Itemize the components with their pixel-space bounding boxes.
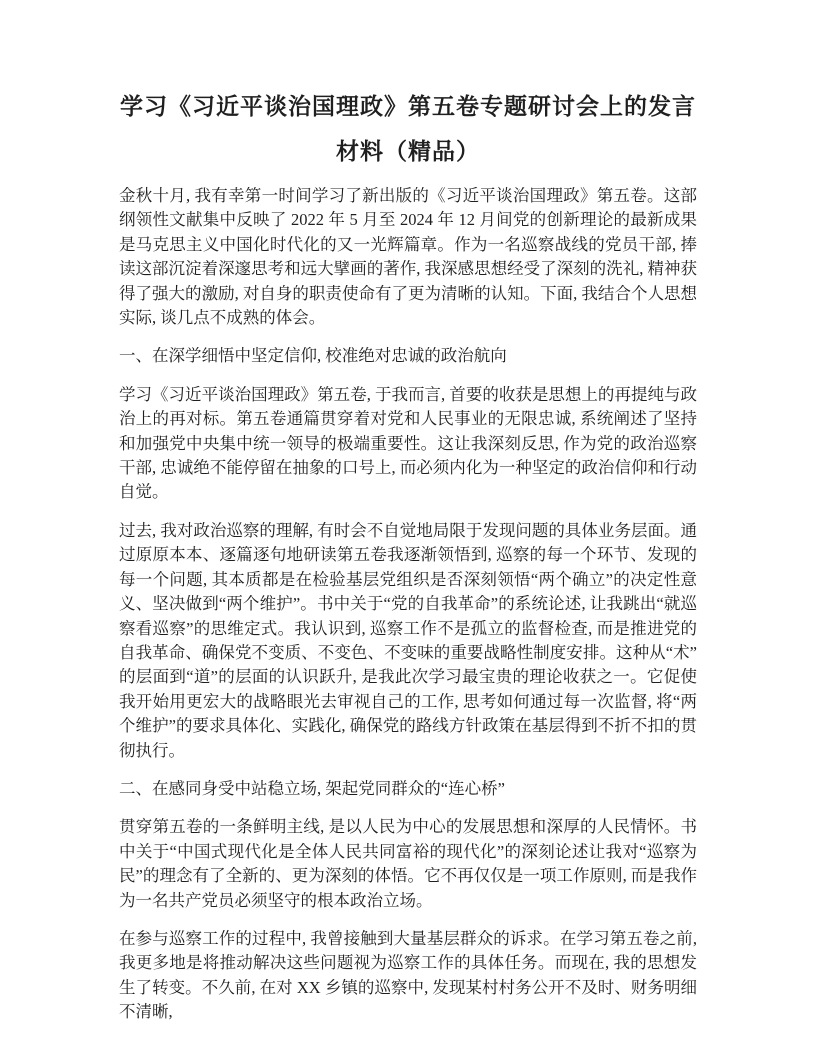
page-title: 学习《习近平谈治国理政》第五卷专题研讨会上的发言材料（精品）: [119, 84, 697, 174]
document-page: 学习《习近平谈治国理政》第五卷专题研讨会上的发言材料（精品） 金秋十月, 我有幸…: [0, 0, 816, 1056]
section-heading-2: 二、在感同身受中站稳立场, 架起党同群众的“连心桥”: [119, 777, 697, 801]
body-paragraph-section1-b: 过去, 我对政治巡察的理解, 有时会不自觉地局限于发现问题的具体业务层面。通过原…: [119, 519, 697, 763]
body-paragraph-section1-a: 学习《习近平谈治国理政》第五卷, 于我而言, 首要的收获是思想上的再提纯与政治上…: [119, 383, 697, 505]
body-paragraph-section2-a: 贯穿第五卷的一条鲜明主线, 是以人民为中心的发展思想和深厚的人民情怀。书中关于“…: [119, 815, 697, 913]
body-paragraph-intro: 金秋十月, 我有幸第一时间学习了新出版的《习近平谈治国理政》第五卷。这部纲领性文…: [119, 184, 697, 330]
section-heading-1: 一、在深学细悟中坚定信仰, 校准绝对忠诚的政治航向: [119, 344, 697, 368]
body-paragraph-section2-b: 在参与巡察工作的过程中, 我曾接触到大量基层群众的诉求。在学习第五卷之前, 我更…: [119, 927, 697, 1025]
